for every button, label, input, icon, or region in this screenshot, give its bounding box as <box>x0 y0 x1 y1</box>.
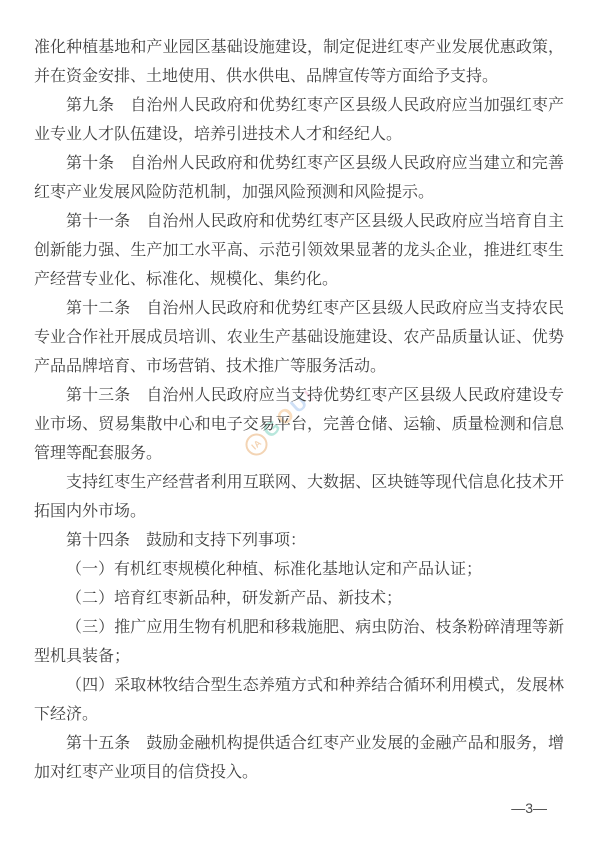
paragraph-continuation: 准化种植基地和产业园区基础设施建设，制定促进红枣产业发展优惠政策，并在资金安排、… <box>34 33 564 91</box>
paragraph-article-13-2: 支持红枣生产经营者利用互联网、大数据、区块链等现代信息化技术开拓国内外市场。 <box>34 468 564 526</box>
document-page: IA G O U ! 准化种植基地和产业园区基础设施建设，制定促进红枣产业发展优… <box>0 0 595 841</box>
paragraph-article-9: 第九条 自治州人民政府和优势红枣产区县级人民政府应当加强红枣产业专业人才队伍建设… <box>34 91 564 149</box>
paragraph-article-12: 第十二条 自治州人民政府和优势红枣产区县级人民政府应当支持农民专业合作社开展成员… <box>34 294 564 381</box>
document-body: 准化种植基地和产业园区基础设施建设，制定促进红枣产业发展优惠政策，并在资金安排、… <box>34 33 564 787</box>
list-item-1: （一）有机红枣规模化种植、标准化基地认定和产品认证； <box>34 555 564 584</box>
list-item-4: （四）采取林牧结合型生态养殖方式和种养结合循环利用模式，发展林下经济。 <box>34 671 564 729</box>
paragraph-article-11: 第十一条 自治州人民政府和优势红枣产区县级人民政府应当培育自主创新能力强、生产加… <box>34 207 564 294</box>
paragraph-article-10: 第十条 自治州人民政府和优势红枣产区县级人民政府应当建立和完善红枣产业发展风险防… <box>34 149 564 207</box>
paragraph-article-15: 第十五条 鼓励金融机构提供适合红枣产业发展的金融产品和服务，增加对红枣产业项目的… <box>34 729 564 787</box>
paragraph-article-14: 第十四条 鼓励和支持下列事项： <box>34 526 564 555</box>
list-item-3: （三）推广应用生物有机肥和移栽施肥、病虫防治、枝条粉碎清理等新型机具装备； <box>34 613 564 671</box>
list-item-2: （二）培育红枣新品种，研发新产品、新技术； <box>34 584 564 613</box>
paragraph-article-13: 第十三条 自治州人民政府应当支持优势红枣产区县级人民政府建设专业市场、贸易集散中… <box>34 381 564 468</box>
page-number: —3— <box>511 800 547 816</box>
